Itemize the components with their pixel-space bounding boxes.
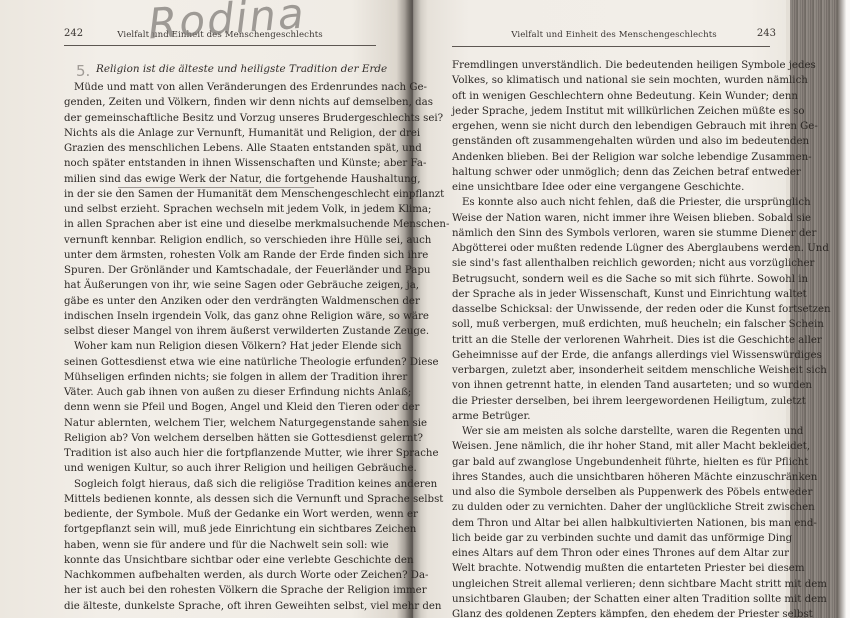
section-heading: Religion ist die älteste und heiligste T… xyxy=(96,63,386,75)
text-line: Nachkommen aufbehalten werden, als durch… xyxy=(64,568,376,583)
text-line: Väter. Auch gab ihnen von außen zu diese… xyxy=(64,385,376,400)
text-line: indischen Inseln irgendein Volk, das gan… xyxy=(64,309,376,324)
text-line: nämlich den Sinn des Symbols verloren, w… xyxy=(452,226,770,241)
text-line: oft in wenigen Geschlechtern ohne Bedeut… xyxy=(452,89,770,104)
text-line: Grazien des menschlichen Lebens. Alle St… xyxy=(64,141,376,156)
text-line: genden, Zeiten und Völkern, finden wir d… xyxy=(64,95,376,110)
text-line: Betrugsucht, sondern weil es die Sache s… xyxy=(452,272,770,287)
text-line: sie sind's fast allenthalben reichlich g… xyxy=(452,256,770,271)
text-line: unter dem ärmsten, rohesten Volk am Rand… xyxy=(64,248,376,263)
text-line: zu dulden oder zu vernichten. Daher der … xyxy=(452,500,770,515)
text-line: gar bald auf zwanglose Ungebundenheit fü… xyxy=(452,455,770,470)
text-line: die älteste, dunkelste Sprache, oft ihre… xyxy=(64,599,376,614)
text-line: Mittels bedienen konnte, als dessen sich… xyxy=(64,492,376,507)
text-line: Andenken blieben. Bei der Religion war s… xyxy=(452,150,770,165)
text-line: in der sie den Samen der Humanität dem M… xyxy=(64,187,376,202)
text-line: dem Thron und Altar bei allen halbkultiv… xyxy=(452,516,770,531)
text-line: Mühseligen erfinden nichts; sie folgen i… xyxy=(64,370,376,385)
text-line: Weise der Nation waren, nicht immer ihre… xyxy=(452,211,770,226)
text-line: und also die Symbole derselben als Puppe… xyxy=(452,485,770,500)
text-line: bediente, der Symbole. Muß der Gedanke e… xyxy=(64,507,376,522)
text-line: Tradition ist also auch hier die fortpfl… xyxy=(64,446,376,461)
text-line: Weisen. Jene nämlich, die ihr hoher Stan… xyxy=(452,439,770,454)
text-line: Woher kam nun Religion diesen Völkern? H… xyxy=(64,339,376,354)
pencil-strikethrough xyxy=(118,187,314,188)
text-line: dasselbe Schicksal: der Unwissende, der … xyxy=(452,302,770,317)
text-line: denn wenn sie Pfeil und Bogen, Angel und… xyxy=(64,400,376,415)
text-line: Es konnte also auch nicht fehlen, daß di… xyxy=(452,195,770,210)
text-line: hat Äußerungen von ihr, wie seine Sagen … xyxy=(64,278,376,293)
right-page-body: Fremdlingen unverständlich. Die bedeuten… xyxy=(452,58,770,618)
right-page-number: 243 xyxy=(757,28,776,39)
text-line: milien sind das ewige Werk der Natur, di… xyxy=(64,172,376,187)
text-line: verbargen, zuletzt aber, insonderheit se… xyxy=(452,363,770,378)
right-running-title: Vielfalt und Einheit des Menschengeschle… xyxy=(452,30,776,40)
text-line: seinen Gottesdienst etwa wie eine natürl… xyxy=(64,355,376,370)
text-line: arme Betrüger. xyxy=(452,409,770,424)
text-line: selbst dieser Mangel von ihrem äußerst v… xyxy=(64,324,376,339)
text-line: Welt brachte. Notwendig mußten die entar… xyxy=(452,561,770,576)
text-line: Geheimnisse auf der Erde, die anfangs al… xyxy=(452,348,770,363)
text-line: vernunft kennbar. Religion endlich, so v… xyxy=(64,233,376,248)
text-line: der Sprache als in jeder Wissenschaft, K… xyxy=(452,287,770,302)
text-line: Fremdlingen unverständlich. Die bedeuten… xyxy=(452,58,770,73)
text-line: ihres Standes, auch die unsichtbaren höh… xyxy=(452,470,770,485)
text-line: von ihnen getrennt hatte, in elenden Tan… xyxy=(452,378,770,393)
right-header-rule xyxy=(452,46,770,47)
text-line: eines Altars auf dem Thron oder eines Th… xyxy=(452,546,770,561)
text-line: Volkes, so klimatisch und national sie s… xyxy=(452,73,770,88)
text-line: der gemeinschaftliche Besitz und Vorzug … xyxy=(64,111,376,126)
text-line: Religion ab? Von welchem derselben hätte… xyxy=(64,431,376,446)
text-line: Wer sie am meisten als solche darstellte… xyxy=(452,424,770,439)
book-spread: 242 Vielfalt und Einheit des Menschenges… xyxy=(0,0,850,618)
text-line: haltung schwer oder unmöglich; denn das … xyxy=(452,165,770,180)
text-line: unsichtbaren Glauben; der Schatten einer… xyxy=(452,592,770,607)
text-line: ungleichen Streit allemal verlieren; den… xyxy=(452,577,770,592)
right-running-header: Vielfalt und Einheit des Menschengeschle… xyxy=(452,30,776,44)
text-line: tritt an die Stelle der verlorenen Wahrh… xyxy=(452,333,770,348)
text-line: Spuren. Der Grönländer und Kamtschadale,… xyxy=(64,263,376,278)
pencil-section-number: 5. xyxy=(76,62,90,80)
text-line: genständen oft zusammengehalten würden u… xyxy=(452,134,770,149)
text-line: eine unsichtbare Idee oder eine vergange… xyxy=(452,180,770,195)
text-line: und selbst erzieht. Sprachen wechseln mi… xyxy=(64,202,376,217)
text-line: noch später entstanden in ihnen Wissensc… xyxy=(64,156,376,171)
left-header-rule xyxy=(64,45,376,46)
text-line: in allen Sprachen aber ist eine und dies… xyxy=(64,217,376,232)
text-line: Nichts als die Anlage zur Vernunft, Huma… xyxy=(64,126,376,141)
text-line: die Priester derselben, bei ihrem leerge… xyxy=(452,394,770,409)
text-line: jeder Sprache, jedem Institut mit willkü… xyxy=(452,104,770,119)
text-line: Sogleich folgt hieraus, daß sich die rel… xyxy=(64,477,376,492)
text-line: gäbe es unter den Anziken oder den verdr… xyxy=(64,294,376,309)
text-line: Müde und matt von allen Veränderungen de… xyxy=(64,80,376,95)
text-line: Glanz des goldenen Zepters kämpfen, den … xyxy=(452,607,770,618)
text-line: lich beide gar zu verbinden suchte und d… xyxy=(452,531,770,546)
text-line: fortgepflanzt sein will, muß jede Einric… xyxy=(64,522,376,537)
text-line: Abgötterei oder mußten redende Lügner de… xyxy=(452,241,770,256)
text-line: ergehen, wenn sie nicht durch den lebend… xyxy=(452,119,770,134)
text-line: her ist auch bei den rohesten Völkern di… xyxy=(64,583,376,598)
text-line: haben, wenn sie für andere und für die N… xyxy=(64,538,376,553)
text-line: Natur ablernten, welchem Tier, welchem N… xyxy=(64,416,376,431)
text-line: konnte das Unsichtbare sichtbar oder ein… xyxy=(64,553,376,568)
text-line: soll, muß verbergen, muß erdichten, muß … xyxy=(452,317,770,332)
left-page-body: Müde und matt von allen Veränderungen de… xyxy=(64,80,376,614)
text-line: und wenigen Kultur, so auch ihrer Religi… xyxy=(64,461,376,476)
